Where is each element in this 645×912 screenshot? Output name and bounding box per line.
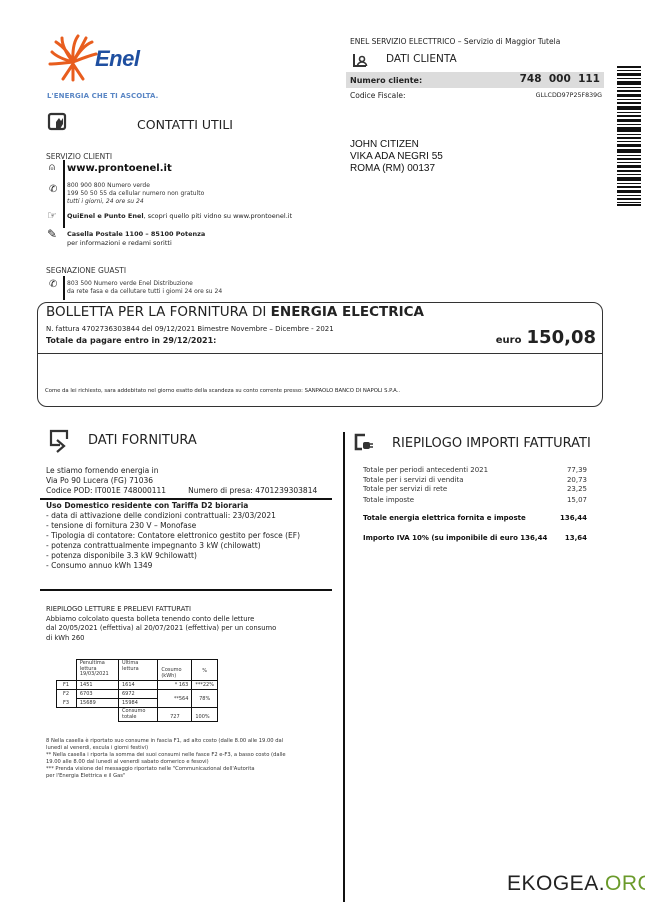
brand-name: Enel (95, 46, 139, 72)
service-label: SERVIZIO CLIENTI (46, 152, 112, 162)
client-number-row: Numero cliente: 748 000 111 (346, 72, 604, 88)
client-icon (352, 53, 368, 67)
supply-address: Le stiamo fornendo energia in Via Po 90 … (46, 466, 317, 496)
client-number-value: 748 000 111 (520, 73, 600, 85)
phone-icon: ✆ (49, 279, 57, 290)
summary-row: Totale imposte15,07 (363, 496, 587, 506)
client-address: JOHN CITIZEN VIKA ADA NEGRI 55 ROMA (RM)… (350, 139, 443, 175)
phone-icon: ✆ (49, 184, 57, 195)
presa-number: Numero di presa: 4701239303814 (188, 486, 317, 495)
enel-sun-icon (48, 34, 98, 84)
tariff: Uso Domestico residente con Tariffa D2 b… (46, 501, 248, 510)
client-number-label: Numero cliente: (350, 76, 422, 85)
pointing-hand-icon: ☞ (47, 210, 57, 221)
readings-notes: 8 Nella casella è riportato suo consume … (46, 738, 286, 780)
fiscal-code-value: GLLCDD97P25F839G (536, 92, 602, 99)
plug-icon (353, 432, 375, 452)
provider-line: ENEL SERVIZIO ELECTTRICO – Servizio di M… (350, 37, 560, 46)
readings-title: RIEPILOGO LETTURE E PRELIEVI FATTURATI (46, 605, 276, 615)
phone-info: 800 900 800 Numero verde 199 50 50 55 da… (67, 182, 204, 206)
supply-title: DATI FORNITURA (88, 433, 197, 448)
summary-vat-row: Importo IVA 10% (su imponibile di euro 1… (363, 534, 587, 544)
supply-icon (48, 428, 72, 454)
quienel-info: QuiEnel e Punto Enel, scopri quello piti… (67, 212, 292, 220)
summary-divider (343, 432, 345, 902)
readings-table: Penultimalettura19/03/2021 Ultimalettura… (56, 659, 218, 722)
readings-section: RIEPILOGO LETTURE E PRELIEVI FATTURATI A… (46, 605, 276, 643)
bill-separator (38, 353, 602, 354)
bill-title: BOLLETTA PER LA FORNITURA DI ENERGIA ELE… (46, 304, 424, 320)
due-label: Totale da pagare entro in 29/12/2021: (46, 336, 216, 345)
summary-title: RIEPILOGO IMPORTI FATTURATI (392, 436, 591, 451)
bill-summary-box: BOLLETTA PER LA FORNITURA DI ENERGIA ELE… (37, 302, 603, 407)
watermark: EKOGEA.ORG (507, 872, 645, 896)
supply-divider (40, 498, 332, 500)
faults-divider (63, 276, 65, 300)
enel-logo: Enel (48, 34, 158, 90)
readings-divider (40, 589, 332, 591)
mail-info: Casella Postale 1100 – 85100 Potenza per… (67, 230, 205, 248)
total-amount: euro 150,08 (496, 327, 596, 348)
summary-row: Totale per i servizi di vendita20,73 (363, 476, 587, 486)
invoice-line: N. fattura 4702736303844 del 09/12/2021 … (46, 325, 334, 333)
payment-note: Come da lei richiesto, sara addebitato n… (45, 388, 400, 394)
pod-code: Codice POD: IT001E 748000111 (46, 486, 166, 495)
website-link[interactable]: www.prontoenel.it (67, 163, 172, 174)
barcode (617, 66, 641, 206)
reading-total-row: Consumototale 727 100% (57, 708, 218, 722)
client-title: DATI CLIENTA (386, 53, 457, 65)
summary-total-row: Totale energia elettrica fornita e impos… (363, 514, 587, 524)
pen-icon: ✎ (47, 229, 57, 240)
faults-label: SEGNAZIONE GUASTI (46, 266, 126, 276)
reading-row: F2 6703 6972 **564 78% (57, 690, 218, 699)
mouse-icon: ⍝ (49, 162, 55, 173)
summary-row: Totale per servizi di rete23,25 (363, 485, 587, 495)
contacts-divider (63, 160, 65, 228)
contacts-icon (47, 112, 69, 134)
summary-table: Totale per periodi antecedenti 202177,39… (363, 466, 587, 543)
contacts-title: CONTATTI UTILI (137, 117, 233, 132)
summary-row: Totale per periodi antecedenti 202177,39 (363, 466, 587, 476)
faults-info: 803 500 Numero verde Enel Distribuzione … (67, 280, 222, 296)
reading-row: F1 1451 1614 * 163 ***22% (57, 681, 218, 690)
brand-tagline: L'ENERGIA CHE TI ASCOLTA. (47, 92, 158, 100)
supply-details: - data di attivazione delle condizioni c… (46, 511, 300, 571)
fiscal-code-label: Codice Fiscale: (350, 91, 406, 100)
